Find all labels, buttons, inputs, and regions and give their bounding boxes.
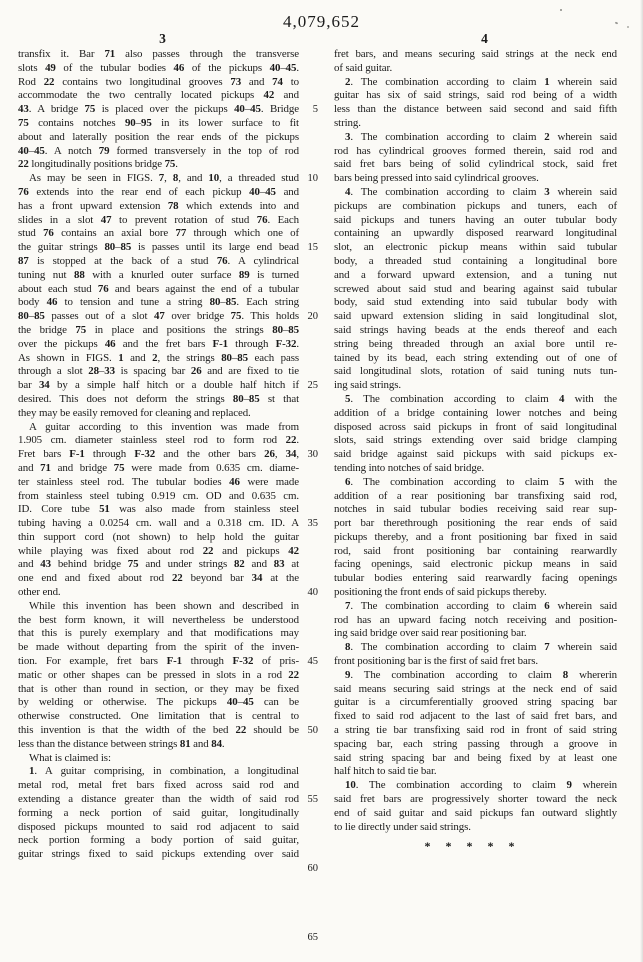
text-line: rod has an upward facing notch receiving… <box>334 614 617 628</box>
text-line: accommodate the two centrally located pi… <box>18 89 299 103</box>
text-line: less than the distance between said seco… <box>334 103 617 117</box>
text-line: tion. For example, fret bars F-1 through… <box>18 655 299 669</box>
text-line: 3. The combination according to claim 2 … <box>334 131 617 145</box>
text-line: screwed about said stud and bearing agai… <box>334 283 617 297</box>
text-line: 4. The combination according to claim 3 … <box>334 186 617 200</box>
text-line: less than the distance between strings 8… <box>18 738 299 752</box>
text-line: over the pickups 46 and the fret bars F-… <box>18 338 299 352</box>
text-line: said means securing said strings at the … <box>334 683 617 697</box>
text-line: 1.905 cm. diameter stainless steel rod t… <box>18 434 299 448</box>
text-line: and 43 behind bridge 75 and under string… <box>18 558 299 572</box>
text-line: 40–45. A notch 79 formed transversely in… <box>18 145 299 159</box>
text-line: and a forward upward extension, and a tu… <box>334 269 617 283</box>
text-line: thin support cord (not shown) to help ho… <box>18 531 299 545</box>
text-line: notches in said tubular bodies receiving… <box>334 503 617 517</box>
text-line: Fret bars F-1 through F-32 and the other… <box>18 448 299 462</box>
text-line: 10. The combination according to claim 9… <box>334 779 617 793</box>
text-line: otherwise constructed. One limitation th… <box>18 710 299 724</box>
text-line: said fret bars being of solid cylindrica… <box>334 158 617 172</box>
text-line: from stainless steel tubing 0.919 cm. OD… <box>18 490 299 504</box>
text-line: fixed to said rod adjacent to the last o… <box>334 710 617 724</box>
text-line: While this invention has been shown and … <box>18 600 299 614</box>
text-line: said longitudinal slots, rotation of sai… <box>334 365 617 379</box>
text-line: said pickups and tuners having an outer … <box>334 214 617 228</box>
text-line: 8. The combination according to claim 7 … <box>334 641 617 655</box>
line-number-marker: 5 <box>313 103 318 117</box>
text-line: guitar is a circumferentially grooved st… <box>334 696 617 710</box>
text-line: 76 extends into the rear end of each pic… <box>18 186 299 200</box>
text-line: slots 49 of the tubular bodies 46 of the… <box>18 62 299 76</box>
text-line: body, said stud extending into said tubu… <box>334 296 617 310</box>
text-line: tubing having a 0.0254 cm. wall and a 0.… <box>18 517 299 531</box>
text-line: What is claimed is: <box>18 752 299 766</box>
text-line: transfix it. Bar 71 also passes through … <box>18 48 299 62</box>
text-line: said string spacing bar and being fixed … <box>334 752 617 766</box>
text-line: extending a distance greater than the wi… <box>18 793 299 807</box>
text-line: guitar has six of said strings, said rod… <box>334 89 617 103</box>
text-line: pickups thereby, and a front positioning… <box>334 531 617 545</box>
text-line: pickups are combination pickups and tune… <box>334 200 617 214</box>
text-line: ing said bridge over said rear positioni… <box>334 627 617 641</box>
text-line: about and laterally position the rear en… <box>18 131 299 145</box>
patent-number: 4,079,652 <box>0 12 643 32</box>
text-line: forming a neck portion of said guitar, l… <box>18 807 299 821</box>
text-line: while playing was fixed about rod 22 and… <box>18 545 299 559</box>
line-number-marker: 55 <box>308 793 319 807</box>
text-line: body 46 to tension and tune a string 80–… <box>18 296 299 310</box>
text-line: string being threaded through an axial b… <box>334 338 617 352</box>
text-line: other end. <box>18 586 299 600</box>
text-line: slot, an electronic pickup means within … <box>334 241 617 255</box>
text-line: tending into notches of said bridge. <box>334 462 617 476</box>
text-line: desired. This does not deform the string… <box>18 393 299 407</box>
column-number-right: 4 <box>344 31 625 47</box>
text-line: has a front upward extension 78 which ex… <box>18 200 299 214</box>
text-line: said fret bars are progressively shorter… <box>334 793 617 807</box>
text-line: bar 34 by a simple half hitch or a doubl… <box>18 379 299 393</box>
text-line: to lie directly under said strings. <box>334 821 617 835</box>
text-line: ID. Core tube 51 was also made from stai… <box>18 503 299 517</box>
line-number-gutter: 5101520253035404550556065 <box>299 48 321 948</box>
line-number-marker: 10 <box>308 172 319 186</box>
text-line: front positioning bar is the first of sa… <box>334 655 617 669</box>
text-line: through a slot 28–33 is spacing bar 26 a… <box>18 365 299 379</box>
claims-lines: fret bars, and means securing said strin… <box>334 48 617 834</box>
text-line: 43. A bridge 75 is placed over the picku… <box>18 103 299 117</box>
text-line: 6. The combination according to claim 5 … <box>334 476 617 490</box>
line-number-marker: 45 <box>308 655 319 669</box>
right-column-text: fret bars, and means securing said strin… <box>334 48 617 854</box>
text-line: that is other than round in section, or … <box>18 683 299 697</box>
ink-speck <box>560 9 562 11</box>
text-line: As may be seen in FIGS. 7, 8, and 10, a … <box>18 172 299 186</box>
text-line: addition of a rear positioning bar trans… <box>334 490 617 504</box>
text-line: tuning nut 88 with a knurled outer surfa… <box>18 269 299 283</box>
line-number-marker: 30 <box>308 448 319 462</box>
text-line: 2. The combination according to claim 1 … <box>334 76 617 90</box>
text-line: metal rod, metal fret bars fixed across … <box>18 779 299 793</box>
line-number-marker: 25 <box>308 379 319 393</box>
text-line: tained by its bead, each string extendin… <box>334 352 617 366</box>
text-line: and 71 and bridge 75 were made from 0.63… <box>18 462 299 476</box>
text-line: 87 is stopped at the back of a stud 76. … <box>18 255 299 269</box>
text-line: said strings having beads at the ends th… <box>334 324 617 338</box>
text-line: containing an upwardly disposed rearward… <box>334 227 617 241</box>
text-line: said upward extension sliding in said lo… <box>334 310 617 324</box>
text-line: about each stud 76 and bears against the… <box>18 283 299 297</box>
text-line: Rod 22 contains two longitudinal grooves… <box>18 76 299 90</box>
text-line: the guitar strings 80–85 is passes until… <box>18 241 299 255</box>
text-line: 80–85 passes out of a slot 47 over bridg… <box>18 310 299 324</box>
text-line: 5. The combination according to claim 4 … <box>334 393 617 407</box>
text-line: string. <box>334 117 617 131</box>
text-line: that this is purely exemplary and that m… <box>18 627 299 641</box>
text-line: As shown in FIGS. 1 and 2, the strings 8… <box>18 352 299 366</box>
text-line: positioning the front ends of said picku… <box>334 586 617 600</box>
text-line: tubular bodies entering said rearwardly … <box>334 572 617 586</box>
patent-page: 4,079,652 3 4 transfix it. Bar 71 also p… <box>0 0 643 962</box>
asterisk-separator: * * * * * <box>334 839 617 854</box>
text-line: 22 longitudinally positions bridge 75. <box>18 158 299 172</box>
text-line: slots, said strings extending over said … <box>334 434 617 448</box>
line-number-marker: 20 <box>308 310 319 324</box>
line-number-marker: 40 <box>308 586 319 600</box>
text-line: by welding or otherwise. The pickups 40–… <box>18 696 299 710</box>
text-line: of said guitar. <box>334 62 617 76</box>
text-line: matic or other shapes can be pressed in … <box>18 669 299 683</box>
text-line: spacing bar, each string passing through… <box>334 738 617 752</box>
text-line: A guitar according to this invention was… <box>18 421 299 435</box>
text-line: guitar strings fixed to said pickups ext… <box>18 848 299 862</box>
text-line: port bar therethrough positioning the re… <box>334 517 617 531</box>
text-line: 7. The combination according to claim 6 … <box>334 600 617 614</box>
text-line: half hitch to said tie bar. <box>334 765 617 779</box>
text-line: stud 76 contains an axial bore 77 throug… <box>18 227 299 241</box>
column-number-left: 3 <box>22 31 303 47</box>
line-number-marker: 35 <box>308 517 319 531</box>
text-line: bars being pressed into said cylindrical… <box>334 172 617 186</box>
text-line: rod, said front positioning bar containi… <box>334 545 617 559</box>
left-column-text: transfix it. Bar 71 also passes through … <box>18 48 299 862</box>
text-line: end of said guitar and said pickups fan … <box>334 807 617 821</box>
text-line: body, a threaded stud containing a longi… <box>334 255 617 269</box>
text-line: disposed across said pickups in front of… <box>334 421 617 435</box>
text-line: ter stainless steel rod. The tubular bod… <box>18 476 299 490</box>
text-line: the bridge 75 in place and positions the… <box>18 324 299 338</box>
line-number-marker: 65 <box>308 931 319 945</box>
text-line: addition of a bridge containing lower no… <box>334 407 617 421</box>
text-line: neck portion forming a body portion of s… <box>18 834 299 848</box>
text-line: slides in a slot 47 to prevent rotation … <box>18 214 299 228</box>
text-line: fret bars, and means securing said strin… <box>334 48 617 62</box>
text-line: 75 contains notches 90–95 in its lower s… <box>18 117 299 131</box>
text-line: one end and fixed about rod 22 beyond ba… <box>18 572 299 586</box>
text-line: this invention is that the width of the … <box>18 724 299 738</box>
line-number-marker: 60 <box>308 862 319 876</box>
text-line: be made without departing from the spiri… <box>18 641 299 655</box>
text-line: 1. A guitar comprising, in combination, … <box>18 765 299 779</box>
line-number-marker: 50 <box>308 724 319 738</box>
text-line: they may be easily removed for cleaning … <box>18 407 299 421</box>
text-line: the best form known, it will nevertheles… <box>18 614 299 628</box>
text-line: a string tie bar transfixing said rod in… <box>334 724 617 738</box>
text-line: facing openings, said electronic pickup … <box>334 558 617 572</box>
text-line: 9. The combination according to claim 8 … <box>334 669 617 683</box>
text-line: rod has cylindrical grooves formed there… <box>334 145 617 159</box>
text-line: disposed pickups mounted to said rod adj… <box>18 821 299 835</box>
line-number-marker: 15 <box>308 241 319 255</box>
text-line: said bridge against said pickups with sa… <box>334 448 617 462</box>
text-line: ing said strings. <box>334 379 617 393</box>
